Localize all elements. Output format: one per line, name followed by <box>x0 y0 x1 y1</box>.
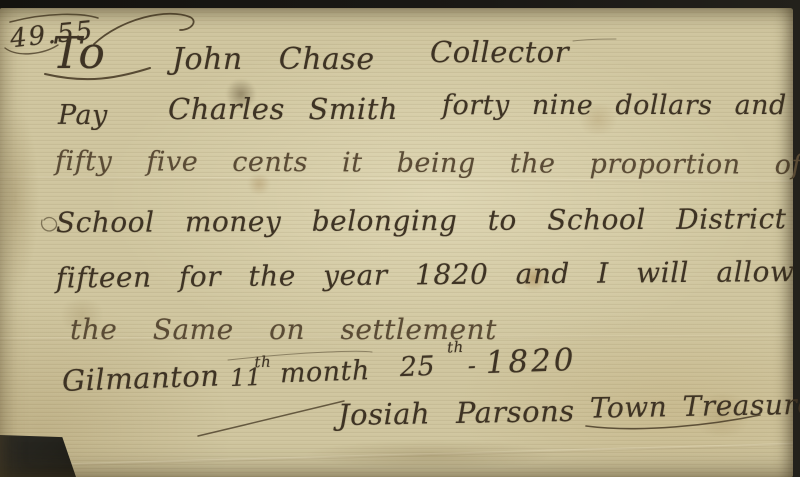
document-paper: 49.55 To John Chase Collector Pay Charle… <box>0 8 793 477</box>
body-line: fifty five cents it being the proportion… <box>55 146 800 200</box>
dateline-dash: - <box>467 351 477 379</box>
recipient-name: John Chase <box>172 42 375 77</box>
scanned-document: 49.55 To John Chase Collector Pay Charle… <box>0 0 800 477</box>
pay-line: Pay Charles Smith forty nine dollars and <box>0 90 793 140</box>
dateline-date-ordinal: th <box>447 338 464 357</box>
dateline-place: Gilmanton <box>61 358 220 397</box>
recipient-role: Collector <box>430 35 569 69</box>
body-line: School money belonging to School Distric… <box>56 202 800 256</box>
salutation-to: To <box>52 28 105 79</box>
dateline-year: 1820 <box>485 342 577 381</box>
payee-name: Charles Smith <box>168 92 398 126</box>
pay-verb: Pay <box>58 100 108 131</box>
dateline-day-ordinal: th <box>254 353 271 372</box>
pay-amount-words: forty nine dollars and <box>442 90 787 121</box>
dateline-date: 25 <box>399 351 435 383</box>
signature-name: Josiah Parsons <box>338 394 575 432</box>
body-line: fifteen for the year 1820 and I will all… <box>56 255 800 312</box>
dateline-month: month <box>279 355 370 389</box>
signature-title: Town Treasurer <box>590 387 800 424</box>
salutation-line: To John Chase Collector <box>0 8 793 58</box>
